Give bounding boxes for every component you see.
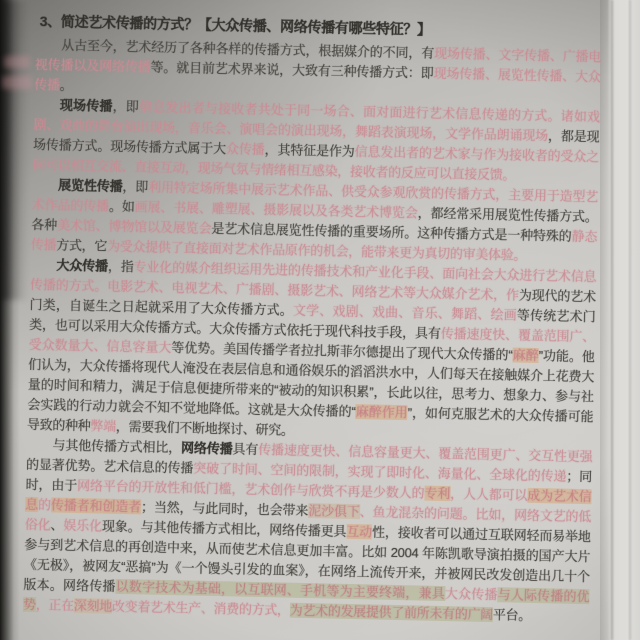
printed-text-segment: 平台。 [493,607,531,623]
printed-text-segment: 等优势。美国传播学者拉扎斯菲尔德提出了现代大众 [171,340,470,362]
printed-text-segment: ，即 [122,179,148,195]
answer-text-segment: 消费 [213,601,239,617]
printed-text-segment: 传播的“ [469,347,512,363]
printed-text-segment: 与其他传播方式相比， [52,437,181,455]
answer-text-segment: 泥沙俱下 [308,503,360,519]
answer-text-segment: 的 [38,497,51,512]
answer-text-segment: 互动 [346,524,372,540]
answer-text-segment: 娱乐化 [63,518,102,534]
printed-text-segment: 方式，它 [56,238,107,254]
answer-text-segment: ，人人 [450,486,489,502]
answer-text-segment: 深刻地 [74,598,112,614]
answer-text-segment: 麻醉 [512,347,539,363]
printed-text-segment: 的显著 [26,457,65,473]
answer-text-segment: 传播速 [441,326,480,342]
answer-text-segment: 画展、书展、雕塑展、摄影展以及各类艺术博览会 [135,199,418,220]
printed-text-segment: 展览性传播 [58,178,123,194]
page-edge [600,0,640,640]
answer-text-segment: 画 [504,307,518,322]
answer-text-segment: 生产、 [175,600,213,616]
printed-text-segment: 是艺术信息展览性传播的重要场所。这种传播方式是一种特殊的 [211,221,572,244]
book-page-photo: 3、简述艺术传播的方式？【大众传播、网络传播有哪些特征？】 从古至今，艺术经历了… [0,0,640,640]
answer-text-segment: 、鱼龙混杂的问 [360,504,450,521]
printed-text-segment: 等。就目前艺术界来说，大致有三种传播方式：即 [150,60,433,81]
book-gutter-shadow-top [0,0,34,300]
printed-text-segment: 。如 [109,199,135,215]
answer-text-segment: 。 [513,247,526,262]
page-edge-seam [611,0,614,640]
answer-text-segment: 直接反馈。 [451,166,515,182]
ink-bleed-smudge [4,56,30,68]
answer-text-segment: 美术馆、博物馆以及展览会 [57,218,212,236]
printed-text-segment: ；当然，与此同时，也会带来 [141,499,309,518]
mass-media-paragraph: 大众传播，指专业化的媒介组织运用先进的传播技术和产业化手段、面向社会大众进行艺术… [27,255,597,447]
answer-text-segment: 突破了时间、空间的限制，实现了即时化、海量化、全球化的传递 [193,461,566,484]
printed-text-segment: 大众传播 [56,258,108,274]
answer-text-segment: 式， [264,602,290,618]
answer-text-segment: 众传播 [226,141,265,157]
printed-text-segment: 现场传播 [60,98,113,114]
printed-text-segment: 性，接收者 [372,524,437,540]
answer-text-segment: 网络平台的开放性和低门槛，艺术创作与欣赏不再是少数人的 [77,478,425,501]
answer-text-segment: 麻醉作用 [355,404,407,420]
exhibition-transmission-paragraph: 展览性传播，即利用特定场所集中展示艺术作品、供受众参观欣赏的传播方式，主要用于造… [31,175,599,267]
printed-text-segment: 。 [60,78,73,93]
answer-text-segment: ，正在 [36,597,74,613]
printed-text-segment: 现象。与其他传播方式相比，网络传播更具 [102,519,347,539]
printed-text-segment: ，其特征是作为 [264,142,354,159]
answer-text-segment: 专利 [424,486,450,502]
printed-text-segment: 优势。艺术信息的传播 [65,458,194,476]
answer-paragraphs: 从古至今，艺术经历了各种各样的传播方式，根据媒介的不同，有现场传播、文字传播、广… [23,35,602,627]
printed-text-segment: 网络传播 [181,440,233,456]
printed-text-segment: 具有 [232,441,258,457]
answer-text-segment: 题。比如，网络文艺的 [450,506,579,524]
answer-text-segment: 传播者和创造者 [51,497,141,514]
answer-text-segment: 文学、戏剧、戏曲、音乐、舞蹈、绘 [293,303,504,323]
answer-text-segment: 的方 [239,602,265,618]
printed-text-segment: ，指 [108,259,134,275]
ink-bleed-smudge [2,76,32,89]
answer-text-segment: 都可以 [489,487,528,503]
answer-text-segment: 为艺术的发展提供了前所未有的广阔 [290,603,493,622]
network-transmission-paragraph: 与其他传播方式相比，网络传播具有传播速度更快、信息容量更大、覆盖范围更广、交互性… [23,435,593,627]
printed-text-segment: ，需要我们不断地探讨、研究。 [116,419,294,438]
printed-text-segment: ，即 [112,99,139,115]
printed-text-block: 3、简述艺术传播的方式？【大众传播、网络传播有哪些特征？】 从古至今，艺术经历了… [23,10,602,627]
live-transmission-paragraph: 现场传播，即信息发出者与接收者共处于同一场合、面对面进行艺术信息传递的方式。诸如… [32,95,600,187]
answer-text-segment: 弊端 [90,418,116,434]
printed-text-segment: 、 [50,517,63,532]
answer-text-segment: 传播 [471,587,498,603]
answer-text-segment: 以数字技术为基础，以互联网、手机等为主要终端，兼具 [116,579,446,601]
answer-text-segment: 大众 [445,586,472,602]
answer-text-segment: 艺术 [150,600,176,616]
answer-text-segment: 传播速度更快、信息容量更大、覆盖范围更广、交互性更强 [258,442,592,464]
page-edge-seam [629,0,632,640]
answer-text-segment: 现场传播、文字传播、广播 [434,46,589,64]
printed-text-segment: 从古至今，艺术经历了各种各样的传播方式，根据媒介的不同，有 [61,38,434,61]
answer-text-segment: 改变着 [112,599,150,615]
